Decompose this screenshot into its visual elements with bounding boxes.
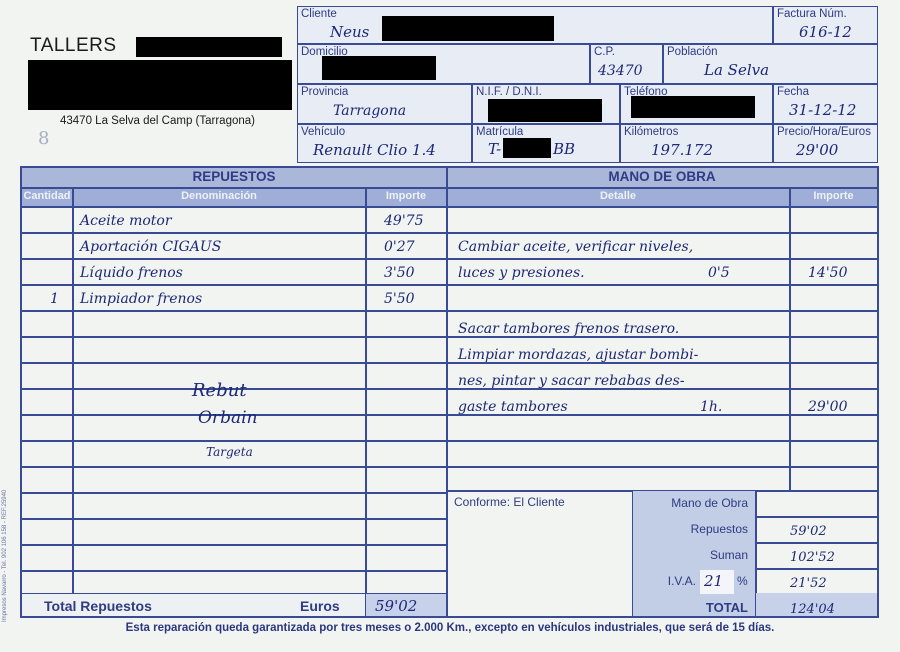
col-cantidad: Cantidad (22, 190, 72, 202)
row-line (446, 310, 879, 312)
matricula-suffix: BB (553, 140, 575, 158)
printer-imprint: Impresos Navarro - Tel. 902 106 158 - RE… (2, 490, 8, 622)
row-line (446, 440, 879, 442)
row-line (446, 258, 879, 260)
divider-center (446, 166, 448, 618)
provincia-value: Tarragona (333, 103, 406, 119)
hours-value: 1h. (700, 399, 722, 415)
fecha-label: Fecha (777, 86, 809, 98)
row-line (20, 492, 446, 494)
matricula-prefix: T- (488, 140, 501, 158)
denominacion-value: Limpiador frenos (80, 291, 202, 307)
redacted-workshop-name (136, 37, 282, 57)
detalle-line: gaste tambores (458, 399, 568, 415)
row-line (446, 284, 879, 286)
col-detalle: Detalle (447, 190, 789, 202)
redacted-domicilio (322, 56, 436, 80)
summary-label: TOTAL (636, 600, 748, 615)
signature-line-2: Orbain (198, 408, 257, 428)
fecha-value: 31-12-12 (789, 101, 856, 119)
summary-row-line (755, 568, 879, 570)
col-importe-repuestos: Importe (366, 190, 446, 202)
field-kilometros[interactable]: Kilómetros 197.172 (620, 124, 773, 163)
summary-value: 124'04 (790, 602, 835, 617)
detalle-line: Cambiar aceite, verificar niveles, (458, 239, 693, 255)
row-line (20, 518, 446, 520)
redacted-telefono (631, 96, 755, 118)
cliente-label: Cliente (301, 8, 337, 20)
redacted-cliente (382, 16, 554, 41)
denominacion-value: Aceite motor (80, 213, 172, 229)
field-provincia[interactable]: Provincia Tarragona (297, 84, 472, 124)
summary-value: 59'02 (790, 524, 827, 539)
cliente-value: Neus (330, 23, 369, 41)
vehiculo-value: Renault Clio 1.4 (313, 141, 436, 159)
summary-label: Mano de Obra (636, 496, 748, 510)
iva-percent-sign: % (737, 574, 748, 588)
col-denominacion: Denominación (73, 190, 365, 202)
summary-label: Repuestos (636, 522, 748, 536)
denominacion-value: Aportación CIGAUS (80, 239, 221, 255)
workshop-address: 43470 La Selva del Camp (Tarragona) (60, 115, 255, 127)
matricula-label: Matrícula (476, 126, 523, 138)
vehiculo-label: Vehículo (301, 126, 345, 138)
field-precio-hora[interactable]: Precio/Hora/Euros 29'00 (773, 124, 878, 163)
field-poblacion[interactable]: Población La Selva (663, 44, 878, 84)
field-cp[interactable]: C.P. 43470 (590, 44, 663, 84)
factura-label: Factura Núm. (777, 8, 847, 20)
cp-value: 43470 (598, 63, 643, 79)
workshop-name: TALLERS (30, 35, 117, 57)
redacted-matricula (503, 138, 551, 158)
importe-value: 49'75 (384, 213, 423, 229)
row-line (20, 466, 446, 468)
signature-line-3: Targeta (206, 445, 253, 459)
cp-label: C.P. (594, 46, 615, 58)
row-line (20, 544, 446, 546)
hours-value: 0'5 (708, 265, 730, 281)
summary-label: I.V.A. (636, 574, 696, 588)
importe-value: 3'50 (384, 265, 415, 281)
margin-mark: 8 (38, 128, 49, 149)
detalle-line: nes, pintar y sacar rebabas des- (458, 373, 685, 389)
importe-value: 5'50 (384, 291, 415, 307)
summary-label: Suman (636, 548, 748, 562)
row-line (446, 466, 879, 468)
poblacion-label: Población (667, 46, 718, 58)
kilometros-label: Kilómetros (624, 126, 678, 138)
factura-value: 616-12 (799, 23, 852, 41)
importe-value: 0'27 (384, 239, 415, 255)
row-line (20, 570, 446, 572)
row-line (20, 440, 446, 442)
summary-row-line (755, 516, 879, 518)
summary-value: 21'52 (790, 576, 827, 591)
cantidad-value: 1 (50, 291, 59, 307)
field-factura[interactable]: Factura Núm. 616-12 (773, 6, 878, 44)
total-repuestos-label: Total Repuestos (44, 598, 152, 614)
signature-line-1: Rebut (192, 380, 247, 401)
detalle-line: luces y presiones. (458, 265, 585, 281)
total-repuestos-value: 59'02 (375, 597, 417, 615)
mano-obra-title: MANO DE OBRA (447, 169, 877, 184)
repuestos-title: REPUESTOS (22, 169, 446, 184)
precio-hora-value: 29'00 (796, 141, 838, 159)
poblacion-value: La Selva (704, 61, 769, 79)
euros-label: Euros (300, 598, 340, 614)
row-line (20, 336, 446, 338)
header-underline (20, 206, 879, 208)
precio-hora-label: Precio/Hora/Euros (777, 126, 871, 138)
nif-label: N.I.F. / D.N.I. (476, 86, 542, 98)
detalle-importe: 14'50 (808, 265, 847, 281)
row-line (446, 232, 879, 234)
field-vehiculo[interactable]: Vehículo Renault Clio 1.4 (297, 124, 472, 163)
iva-percent-value: 21 (704, 572, 723, 590)
guarantee-note: Esta reparación queda garantizada por tr… (0, 622, 900, 634)
provincia-label: Provincia (301, 86, 348, 98)
redacted-nif (488, 99, 602, 122)
denominacion-value: Líquido frenos (80, 265, 183, 281)
summary-row-line (755, 542, 879, 544)
detalle-line: Limpiar mordazas, ajustar bombi- (458, 347, 698, 363)
row-line (20, 362, 446, 364)
kilometros-value: 197.172 (651, 141, 713, 159)
detalle-line: Sacar tambores frenos trasero. (458, 321, 679, 337)
title-underline (20, 187, 879, 189)
detalle-importe: 29'00 (808, 399, 847, 415)
redacted-workshop-details (28, 60, 292, 110)
summary-value: 102'52 (790, 550, 835, 565)
field-fecha[interactable]: Fecha 31-12-12 (773, 84, 878, 124)
conforme-cliente-label: Conforme: El Cliente (454, 495, 565, 509)
col-importe-mano-obra: Importe (790, 190, 877, 202)
